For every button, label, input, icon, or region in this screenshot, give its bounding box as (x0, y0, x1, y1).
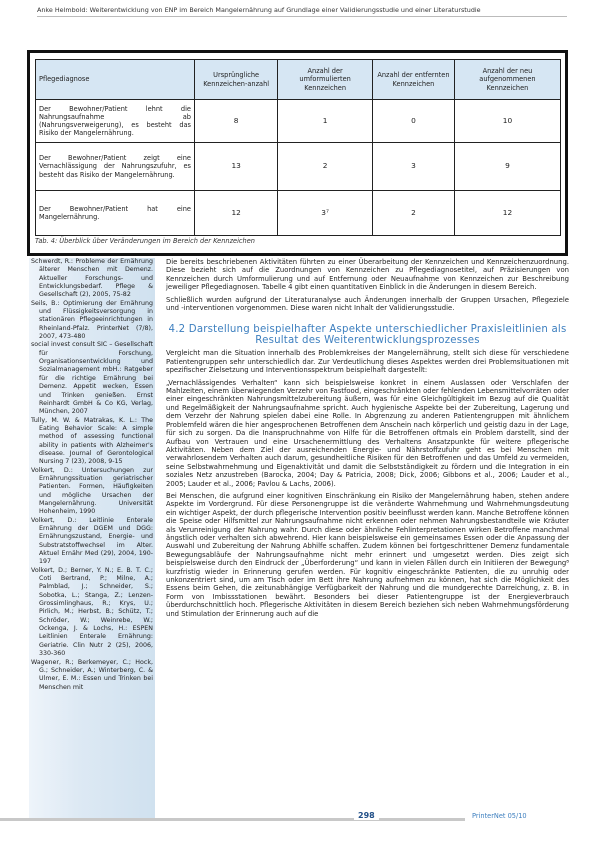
diagnosis-cell: Der Bewohner/Patient hat eine Mangelernä… (36, 191, 195, 236)
reference-item: Volkert, D.: Untersuchungen zur Ernährun… (31, 467, 153, 517)
added-count-cell: 9 (454, 143, 560, 191)
table-row: Der Bewohner/Patient zeigt eine Vernachl… (36, 143, 561, 191)
removed-count-cell: 3 (372, 143, 454, 191)
table-caption: Tab. 4: Überblick über Veränderungen im … (35, 237, 255, 245)
table-header-row: Pflegediagnose Ursprüngliche Kennzeichen… (36, 60, 561, 100)
body-paragraph: Schließlich wurden aufgrund der Literatu… (166, 296, 569, 313)
col-header-removed: Anzahl der entfernten Kennzeichen (372, 60, 454, 100)
body-paragraph: Die bereits beschriebenen Aktivitäten fü… (166, 258, 569, 292)
reference-item: Tully, M. W. & Matrakas, K. L.: The Eati… (31, 417, 153, 467)
removed-count-cell: 2 (372, 191, 454, 236)
col-header-added: Anzahl der neu aufgenommenen Kennzeichen (454, 60, 560, 100)
page-number: 298 (354, 811, 379, 820)
table-frame: Pflegediagnose Ursprüngliche Kennzeichen… (27, 50, 568, 256)
references-list: Schwerdt, R.: Probleme der Ernährung ält… (31, 258, 153, 692)
added-count-cell: 10 (454, 100, 560, 143)
body-paragraph: Vergleicht man die Situation innerhalb d… (166, 349, 569, 374)
footer-rule (0, 818, 465, 821)
section-heading: 4.2 Darstellung beispielhafter Aspekte u… (166, 324, 569, 346)
table-row: Der Bewohner/Patient lehnt die Nahrungsa… (36, 100, 561, 143)
removed-count-cell: 0 (372, 100, 454, 143)
col-header-reformulated: Anzahl der umformulierten Kennzeichen (278, 60, 373, 100)
diagnosis-cell: Der Bewohner/Patient lehnt die Nahrungsa… (36, 100, 195, 143)
col-header-original: Ursprüngliche Kennzeichen-anzahl (195, 60, 278, 100)
original-count-cell: 13 (195, 143, 278, 191)
reference-item: Seils, B.: Optimierung der Ernährung und… (31, 300, 153, 342)
col-header-diagnosis: Pflegediagnose (36, 60, 195, 100)
reference-item: social invest consult SIC – Gesellschaft… (31, 341, 153, 416)
changes-table: Pflegediagnose Ursprüngliche Kennzeichen… (35, 59, 561, 236)
reference-item: Schwerdt, R.: Probleme der Ernährung ält… (31, 258, 153, 300)
reference-item: Wagener, R.; Berkemeyer, C.; Hock, G.; S… (31, 659, 153, 692)
table-row: Der Bewohner/Patient hat eine Mangelernä… (36, 191, 561, 236)
reference-item: Volkert, D.: Leitlinie Enterale Ernährun… (31, 517, 153, 567)
reference-item: Volkert, D.; Berner, Y. N.; E. B. T. C.;… (31, 567, 153, 659)
body-paragraph: „Vernachlässigendes Verhalten“ kann sich… (166, 379, 569, 488)
body-text-column: Die bereits beschriebenen Aktivitäten fü… (166, 258, 569, 622)
body-paragraph: Bei Menschen, die aufgrund einer kogniti… (166, 492, 569, 618)
journal-name: PrinterNet 05/10 (472, 812, 527, 820)
reformulated-count-cell: 3⁷ (278, 191, 373, 236)
running-header: Anke Helmbold: Weiterentwicklung von ENP… (37, 6, 567, 17)
original-count-cell: 12 (195, 191, 278, 236)
reformulated-count-cell: 2 (278, 143, 373, 191)
reformulated-count-cell: 1 (278, 100, 373, 143)
original-count-cell: 8 (195, 100, 278, 143)
added-count-cell: 12 (454, 191, 560, 236)
diagnosis-cell: Der Bewohner/Patient zeigt eine Vernachl… (36, 143, 195, 191)
